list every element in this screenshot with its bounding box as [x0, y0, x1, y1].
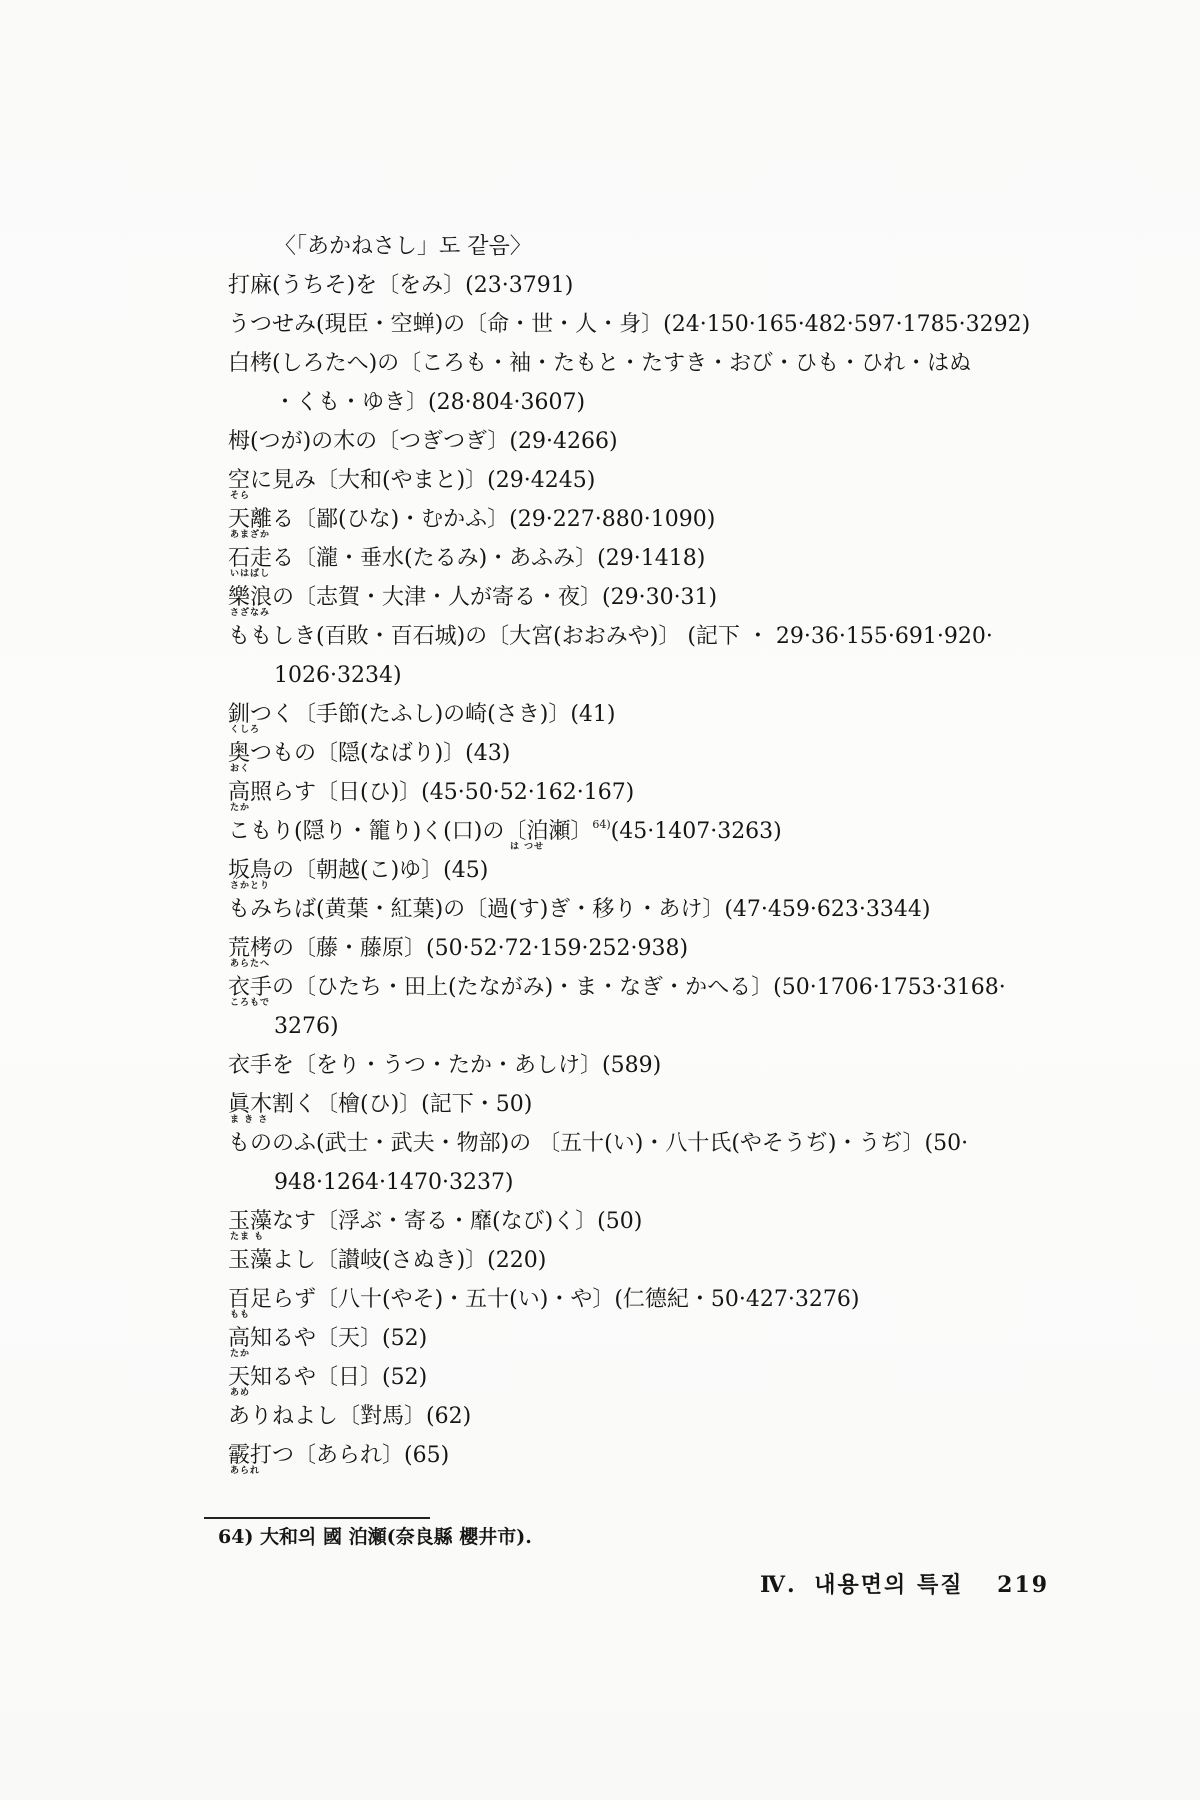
list-item: 釧つく〔手節(たふし)の崎(さき)〕(41)くしろ	[228, 700, 1028, 739]
entry-text: 釧つく〔手節(たふし)の崎(さき)〕(41)	[228, 702, 616, 727]
list-item: 玉藻よし〔讃岐(さぬき)〕(220)	[228, 1246, 1028, 1285]
book-page: 〈「あかねさし」도 같음〉 打麻(うちそ)を〔をみ〕(23·3791) うつせみ…	[0, 0, 1200, 1800]
entry-text: ありねよし〔對馬〕(62)	[228, 1404, 471, 1429]
entry-text: 高照らす〔日(ひ)〕(45·50·52·162·167)	[228, 780, 634, 805]
entry-text: 霰打つ〔あられ〕(65)	[228, 1443, 449, 1468]
entry-text: ももしき(百敗・百石城)の〔大宮(おおみや)〕 (記下 ・ 29·36·155·…	[228, 624, 993, 649]
furigana: ころもで	[230, 998, 270, 1008]
entry-text: 1026·3234)	[274, 663, 402, 688]
entry-text: 奥つもの〔隠(なばり)〕(43)	[228, 741, 510, 766]
furigana: たか	[230, 803, 250, 813]
list-item: 天離る〔鄙(ひな)・むかふ〕(29·227·880·1090)あまざか	[228, 505, 1028, 544]
list-item: 霰打つ〔あられ〕(65)あられ	[228, 1441, 1028, 1480]
entry-text: 〈「あかねさし」도 같음〉	[274, 234, 532, 259]
entry-text: 高知るや〔天〕(52)	[228, 1326, 427, 1351]
list-item-continuation: 1026·3234)	[228, 661, 1028, 700]
entry-text: 打麻(うちそ)を〔をみ〕(23·3791)	[228, 273, 573, 298]
furigana: おく	[230, 764, 250, 774]
chapter-number: Ⅳ.	[760, 1572, 797, 1598]
list-item: 衣手を〔をり・うつ・たか・あしけ〕(589)	[228, 1051, 1028, 1090]
list-item: ありねよし〔對馬〕(62)	[228, 1402, 1028, 1441]
entry-text: 石走る〔瀧・垂水(たるみ)・あふみ〕(29·1418)	[228, 546, 705, 571]
entry-text: うつせみ(現臣・空蝉)の〔命・世・人・身〕(24·150·165·482·597…	[228, 312, 1030, 337]
entry-text: 樂浪の〔志賀・大津・人が寄る・夜〕(29·30·31)	[228, 585, 717, 610]
furigana: あまざか	[230, 530, 270, 540]
list-item: こもり(隠り・籠り)く(口)の〔泊瀬〕64)(45·1407·3263)は つせ	[228, 817, 1028, 856]
list-item: 栂(つが)の木の〔つぎつぎ〕(29·4266)	[228, 427, 1028, 466]
entry-text: 荒栲の〔藤・藤原〕(50·52·72·159·252·938)	[228, 936, 688, 961]
entry-text: 衣手の〔ひたち・田上(たながみ)・ま・なぎ・かへる〕(50·1706·1753·…	[228, 975, 1006, 1000]
list-item: 高知るや〔天〕(52)たか	[228, 1324, 1028, 1363]
footnote: 64) 大和의 國 泊瀬(奈良縣 櫻井市).	[218, 1524, 532, 1550]
makurakotoba-list: 〈「あかねさし」도 같음〉 打麻(うちそ)を〔をみ〕(23·3791) うつせみ…	[228, 232, 1028, 1480]
list-item: 玉藻なす〔浮ぶ・寄る・靡(なび)く〕(50)たま も	[228, 1207, 1028, 1246]
furigana: いはばし	[230, 569, 270, 579]
entry-text: 百足らず〔八十(やそ)・五十(い)・や〕(仁德紀・50·427·3276)	[228, 1287, 859, 1312]
list-item: もののふ(武士・武夫・物部)の 〔五十(い)・八十氏(やそうぢ)・うぢ〕(50·	[228, 1129, 1028, 1168]
furigana: さかとり	[230, 881, 270, 891]
list-item-continuation: 948·1264·1470·3237)	[228, 1168, 1028, 1207]
entry-text: 空に見み〔大和(やまと)〕(29·4245)	[228, 468, 595, 493]
list-item: 高照らす〔日(ひ)〕(45·50·52·162·167)たか	[228, 778, 1028, 817]
entry-refs: (45·1407·3263)	[611, 819, 782, 844]
entry-text: 眞木割く〔檜(ひ)〕(記下・50)	[228, 1092, 532, 1117]
entry-text: ・くも・ゆき〕(28·804·3607)	[274, 390, 585, 415]
footnote-marker[interactable]: 64)	[592, 818, 610, 831]
list-item: 打麻(うちそ)を〔をみ〕(23·3791)	[228, 271, 1028, 310]
entry-text: 948·1264·1470·3237)	[274, 1170, 514, 1195]
entry-text: 天知るや〔日〕(52)	[228, 1365, 427, 1390]
chapter-title: 내용면의 특질	[814, 1572, 963, 1598]
entry-text: 衣手を〔をり・うつ・たか・あしけ〕(589)	[228, 1053, 661, 1078]
entry-text: 坂鳥の〔朝越(こ)ゆ〕(45)	[228, 858, 488, 883]
furigana: くしろ	[230, 725, 260, 735]
page-number: 219	[997, 1572, 1049, 1598]
furigana: は つせ	[510, 842, 544, 852]
furigana: ま き さ	[230, 1115, 268, 1125]
list-item: もみちば(黄葉・紅葉)の〔過(す)ぎ・移り・あけ〕(47·459·623·334…	[228, 895, 1028, 934]
list-item-continuation: ・くも・ゆき〕(28·804·3607)	[228, 388, 1028, 427]
list-item: 眞木割く〔檜(ひ)〕(記下・50)ま き さ	[228, 1090, 1028, 1129]
furigana: たか	[230, 1349, 250, 1359]
furigana: あらたへ	[230, 959, 270, 969]
entry-text: 玉藻なす〔浮ぶ・寄る・靡(なび)く〕(50)	[228, 1209, 642, 1234]
furigana: あめ	[230, 1388, 250, 1398]
list-item: 白栲(しろたへ)の〔ころも・袖・たもと・たすき・おび・ひも・ひれ・はぬ	[228, 349, 1028, 388]
list-item: うつせみ(現臣・空蝉)の〔命・世・人・身〕(24·150·165·482·597…	[228, 310, 1028, 349]
furigana: たま も	[230, 1232, 264, 1242]
list-item: 荒栲の〔藤・藤原〕(50·52·72·159·252·938)あらたへ	[228, 934, 1028, 973]
list-item: 衣手の〔ひたち・田上(たながみ)・ま・なぎ・かへる〕(50·1706·1753·…	[228, 973, 1028, 1012]
entry-text: 天離る〔鄙(ひな)・むかふ〕(29·227·880·1090)	[228, 507, 715, 532]
entry-text: 3276)	[274, 1014, 339, 1039]
entry-text: 栂(つが)の木の〔つぎつぎ〕(29·4266)	[228, 429, 618, 454]
entry-text: 白栲(しろたへ)の〔ころも・袖・たもと・たすき・おび・ひも・ひれ・はぬ	[228, 351, 971, 376]
list-item: 石走る〔瀧・垂水(たるみ)・あふみ〕(29·1418)いはばし	[228, 544, 1028, 583]
furigana: あられ	[230, 1466, 260, 1476]
list-item: 空に見み〔大和(やまと)〕(29·4245)そら	[228, 466, 1028, 505]
entry-text: もみちば(黄葉・紅葉)の〔過(す)ぎ・移り・あけ〕(47·459·623·334…	[228, 897, 930, 922]
furigana: もも	[230, 1310, 250, 1320]
entry-text: 玉藻よし〔讃岐(さぬき)〕(220)	[228, 1248, 546, 1273]
list-item: 百足らず〔八十(やそ)・五十(い)・や〕(仁德紀・50·427·3276)もも	[228, 1285, 1028, 1324]
list-item-continuation: 3276)	[228, 1012, 1028, 1051]
furigana: さざなみ	[230, 608, 270, 618]
entry-text: こもり(隠り・籠り)く(口)の〔泊瀬〕	[228, 819, 592, 844]
entry-text: もののふ(武士・武夫・物部)の 〔五十(い)・八十氏(やそうぢ)・うぢ〕(50·	[228, 1131, 968, 1156]
furigana: そら	[230, 491, 250, 501]
list-item: 天知るや〔日〕(52)あめ	[228, 1363, 1028, 1402]
list-item: 奥つもの〔隠(なばり)〕(43)おく	[228, 739, 1028, 778]
footnote-divider	[204, 1517, 430, 1519]
list-item: ももしき(百敗・百石城)の〔大宮(おおみや)〕 (記下 ・ 29·36·155·…	[228, 622, 1028, 661]
running-footer: Ⅳ. 내용면의 특질 219	[760, 1570, 1049, 1600]
list-item: 坂鳥の〔朝越(こ)ゆ〕(45)さかとり	[228, 856, 1028, 895]
list-note: 〈「あかねさし」도 같음〉	[228, 232, 1028, 271]
list-item: 樂浪の〔志賀・大津・人が寄る・夜〕(29·30·31)さざなみ	[228, 583, 1028, 622]
